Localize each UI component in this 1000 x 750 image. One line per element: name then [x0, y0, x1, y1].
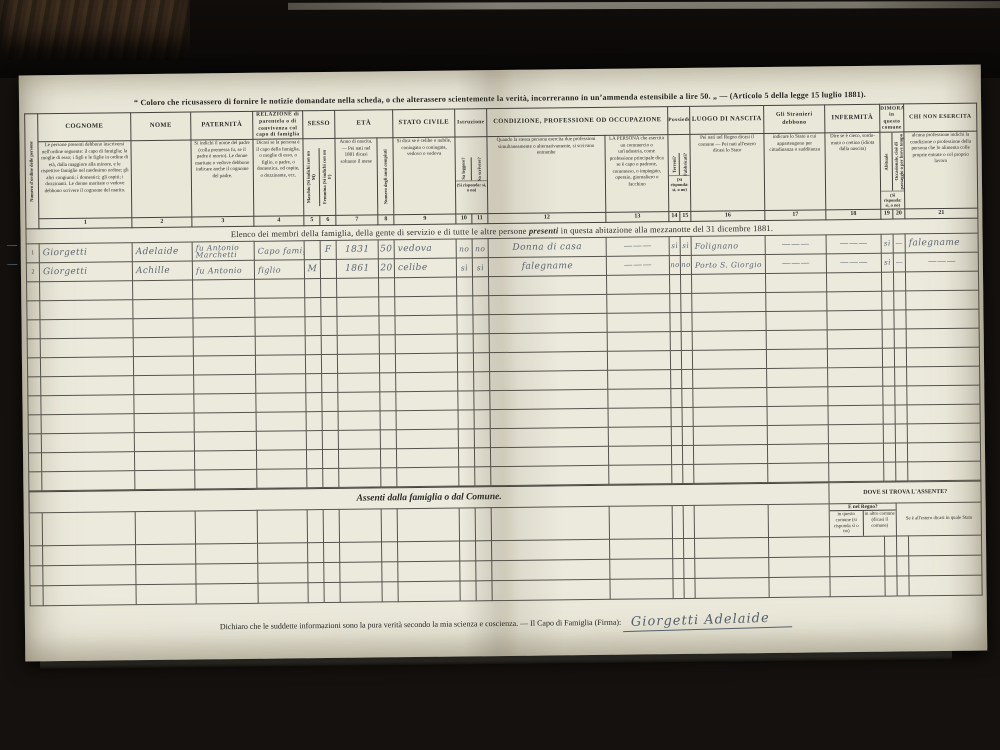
col-dimora-subcolumns: Abituale Occasionale, cioè di passaggio … [880, 132, 905, 209]
cell-chi-non-esercita: falegname [905, 233, 978, 253]
cell-numero: 1 [26, 244, 39, 263]
cell-dimora-occasionale: — [893, 234, 905, 253]
cell-la-persona: ——— [606, 237, 669, 257]
row-index-label: Numero d'ordine delle persone [29, 141, 35, 202]
colnum-8: 8 [378, 215, 394, 225]
col-paternita-note: Si indichi il nome del padre (colla prem… [191, 139, 254, 217]
col-nome-note [131, 140, 192, 218]
absent-section-table: Assenti dalla famiglia o dal Comune. DOV… [28, 481, 982, 607]
colnum-4: 4 [254, 216, 304, 227]
colnum-2: 2 [132, 217, 192, 228]
cell-sa-scrivere: sì [472, 258, 488, 277]
cell-stranieri: ——— [765, 235, 826, 255]
col-relazione-title: RELAZIONE di parentela o di convivenza c… [253, 111, 303, 140]
colnum-20: 20 [893, 209, 905, 219]
col-dimora-title: DIMORA in questo comune [880, 104, 904, 132]
cell-anni-compiuti: 20 [378, 259, 394, 278]
declaration-line: Dichiaro che le suddette informazioni so… [35, 610, 977, 638]
cell-stato-civile: vedova [394, 239, 456, 259]
col-nascita-note: Pei nati nel Regno dicasi il comune — Pe… [690, 134, 765, 212]
col-istruzione-title: Istruzione [455, 109, 487, 137]
cell-luogo-nascita: Porto S. Giorgio [691, 255, 765, 275]
colnum-11: 11 [472, 214, 488, 224]
sesso-m-label: Maschio (Si indichi con un M) [306, 148, 317, 206]
cell-sa-leggere: no [456, 239, 472, 258]
col-possiede-title: Possiede [668, 106, 690, 134]
fabbricati-label: Fabbricati? [682, 152, 687, 175]
absent-box-altro-comune: in altro comune (dicasi il comune) [863, 511, 896, 536]
cell-terreni: no [669, 255, 680, 274]
cell-relazione: Capo famig. [254, 241, 304, 261]
absent-box-regno: È nel Regno? in questo comune (si rispon… [829, 503, 896, 537]
cell-relazione: figlio [254, 260, 304, 280]
absent-box-title: DOVE SI TROVA L'ASSENTE? [829, 481, 981, 504]
dimora-note: (Si risponda: sì, o no) [881, 190, 904, 208]
cell-anno-nascita: 1861 [336, 259, 378, 278]
cell-infermita: ——— [826, 234, 881, 254]
sesso-f-label: Femmina (Si indichi con un F) [322, 148, 333, 206]
sa-leggere-label: Sa leggere? [461, 158, 466, 180]
colnum-17: 17 [765, 210, 826, 221]
col-nascita-title: LUOGO DI NASCITA [690, 106, 764, 135]
colnum-3: 3 [192, 216, 254, 227]
scanned-census-page: { "colors":{"paper":"#eceadc","print_ink… [0, 0, 1000, 750]
colnum-14: 14 [669, 211, 680, 221]
census-form-sheet: “ Coloro che ricusassero di fornire le n… [19, 65, 988, 662]
sa-scrivere-label: Sa scrivere? [477, 157, 482, 181]
cell-dimora-abituale: sì [881, 234, 893, 253]
col-infermita-note: Dire se è cieco, sordo-muto o cretino (i… [825, 132, 881, 210]
col-istruzione-subcolumns: Sa leggere? Sa scrivere? (Si risponda: s… [455, 137, 488, 214]
cell-sesso-m: M [304, 260, 320, 279]
cell-sa-scrivere: no [472, 239, 488, 258]
cell-numero: 2 [26, 263, 39, 282]
istruzione-note: (Si risponda: sì, o no) [456, 181, 487, 194]
cell-paternita: fu Antonio [192, 260, 254, 280]
anni-compiuti-label: Numero degli anni compiuti [383, 149, 389, 204]
cell-sa-leggere: sì [456, 258, 472, 277]
cell-sesso-f [320, 259, 336, 278]
cell-nome: Adelaide [132, 242, 192, 262]
cell-cognome: Giorgetti [39, 243, 132, 263]
colnum-19: 19 [881, 209, 893, 219]
cell-fabbricati: no [680, 255, 691, 274]
head-of-family-signature: Giorgetti Adelaide [623, 610, 792, 632]
col-possiede-subcolumns: Terreni? Fabbricati? (Si risponda: sì, o… [668, 134, 691, 211]
colnum-18: 18 [826, 209, 881, 220]
col-anni-subcolumn: Numero degli anni compiuti [377, 138, 394, 215]
col-infermita-title: INFERMITÀ [825, 104, 880, 133]
col-chinonesercita-title: CHI NON ESERCITA [904, 103, 977, 132]
cell-dimora-abituale: sì [881, 253, 893, 272]
col-relazione-note: Dicasi se la persona è il capo della fam… [253, 139, 304, 217]
colnum-13: 13 [606, 212, 669, 223]
col-statocivile-note: Si dica se è celibe o nubile, coniugato … [393, 137, 456, 215]
census-table: Numero d'ordine delle persone COGNOME NO… [24, 103, 981, 492]
col-numero-header: Numero d'ordine delle persone [25, 114, 39, 229]
col-lapersona-note: LA PERSONA che esercita un commercio o u… [605, 135, 669, 213]
possiede-note: (Si risponda: sì, o no) [669, 175, 690, 193]
colnum-5: 5 [304, 216, 320, 226]
colnum-6: 6 [320, 215, 336, 225]
col-anno-note: Anno di nascita. — Pei nati nel 1881 dic… [335, 138, 378, 215]
col-eta-title: ETÀ [335, 110, 393, 139]
col-paternita-title: PATERNITÀ [191, 111, 253, 140]
cell-terreni: sì [669, 236, 680, 255]
colnum-15: 15 [680, 211, 691, 221]
cell-stranieri: ——— [765, 254, 826, 274]
cell-fabbricati: sì [680, 236, 691, 255]
cell-anni-compiuti: 50 [378, 240, 394, 259]
cell-dimora-occasionale: — [893, 253, 905, 272]
col-sesso-title: SESSO [303, 110, 335, 138]
abituale-label: Abituale [884, 153, 889, 170]
cell-cognome: Giorgetti [39, 262, 132, 282]
col-nome-title: NOME [131, 112, 191, 141]
col-cognome-note: Le persone presenti debbono inscriversi … [38, 141, 132, 219]
cell-luogo-nascita: Folignano [691, 236, 765, 256]
col-condizione-note: Quando la stessa persona esercita due pr… [487, 135, 606, 213]
cell-sesso-f: F [320, 240, 336, 259]
margin-mark-row1: — [7, 238, 18, 251]
cell-nome: Achille [132, 261, 192, 281]
occasionale-label: Occasionale, cioè di passaggio o per bre… [893, 132, 904, 190]
col-sesso-subcolumns: Maschio (Si indichi con un M) Femmina (S… [303, 138, 336, 215]
col-stranieri-note: indicare lo Stato a cui appartengono per… [764, 133, 826, 211]
colnum-9: 9 [394, 214, 456, 225]
cell-infermita: ——— [826, 253, 881, 273]
cell-anno-nascita: 1831 [336, 240, 378, 259]
col-statocivile-title: STATO CIVILE [393, 109, 455, 138]
col-condizione-title: CONDIZIONE, PROFESSIONE OD OCCUPAZIONE [487, 107, 668, 137]
terreni-label: Terreni? [671, 156, 676, 173]
margin-mark-row2: — [7, 257, 18, 270]
colnum-7: 7 [336, 215, 378, 225]
col-cognome-title: COGNOME [38, 113, 131, 142]
colnum-10: 10 [456, 214, 472, 224]
cell-sesso-m [304, 241, 320, 260]
cell-stato-civile: celibe [394, 258, 456, 278]
absent-box-questo-comune: in questo comune (si risponda sì o no) [830, 511, 864, 536]
cell-paternita: fu Antonio Marchetti [192, 241, 254, 261]
col-chinonesercita-note: alcuna professione indichi la condizione… [904, 131, 978, 209]
col-stranieri-title: Gli Stranieri debbono [764, 105, 825, 134]
cell-chi-non-esercita: ——— [905, 252, 978, 272]
cell-la-persona: ——— [606, 256, 669, 276]
cell-condizione: falegname [488, 256, 606, 276]
cell-condizione: Donna di casa [488, 237, 606, 257]
absent-box-estero: Se è all'estero dicasi in quale Stato [896, 502, 981, 536]
